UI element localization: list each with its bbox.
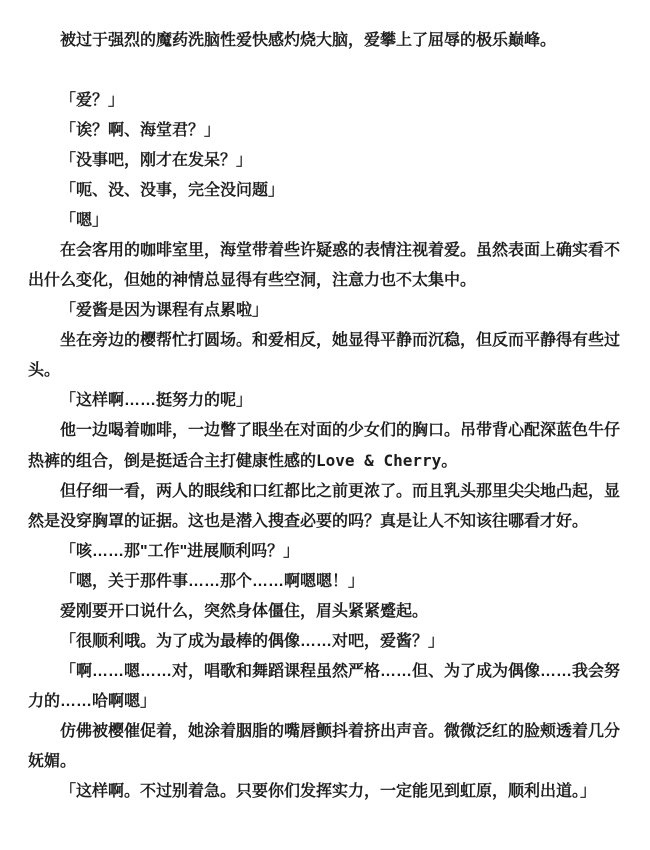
dialogue-paragraph: 「这样啊……挺努力的呢」 bbox=[28, 386, 620, 416]
narration-paragraph: 但仔细一看，两人的眼线和口红都比之前更浓了。而且乳头那里尖尖地凸起，显然是没穿胸… bbox=[28, 477, 620, 537]
dialogue-paragraph: 「嗯」 bbox=[28, 206, 620, 236]
narration-paragraph: 在会客用的咖啡室里，海堂带着些许疑惑的表情注视着爱。虽然表面上确实看不出什么变化… bbox=[28, 236, 620, 296]
novel-page: 被过于强烈的魔药洗脑性爱快感灼烧大脑，爱攀上了屈辱的极乐巅峰。 「爱？」「诶？啊… bbox=[0, 0, 650, 850]
narration-paragraph: 仿佛被樱催促着，她涂着胭脂的嘴唇颤抖着挤出声音。微微泛红的脸颊透着几分妩媚。 bbox=[28, 717, 620, 777]
latin-text: Love & Cherry bbox=[316, 451, 441, 470]
dialogue-paragraph: 「没事吧，刚才在发呆？」 bbox=[28, 146, 620, 176]
dialogue-paragraph: 「爱酱是因为课程有点累啦」 bbox=[28, 296, 620, 326]
dialogue-paragraph: 「诶？啊、海堂君？」 bbox=[28, 116, 620, 146]
narration-paragraph: 坐在旁边的樱帮忙打圆场。和爱相反，她显得平静而沉稳，但反而平静得有些过头。 bbox=[28, 326, 620, 386]
narration-paragraph: 爱刚要开口说什么，突然身体僵住，眉头紧紧蹙起。 bbox=[28, 597, 620, 627]
novel-text: 被过于强烈的魔药洗脑性爱快感灼烧大脑，爱攀上了屈辱的极乐巅峰。 「爱？」「诶？啊… bbox=[28, 26, 620, 807]
dialogue-paragraph: 「啊……嗯……对，唱歌和舞蹈课程虽然严格……但、为了成为偶像……我会努力的……哈… bbox=[28, 657, 620, 717]
dialogue-paragraph: 「很顺利哦。为了成为最棒的偶像……对吧，爱酱？」 bbox=[28, 627, 620, 657]
narration-paragraph: 被过于强烈的魔药洗脑性爱快感灼烧大脑，爱攀上了屈辱的极乐巅峰。 bbox=[28, 26, 620, 56]
narration-paragraph: 他一边喝着咖啡，一边瞥了眼坐在对面的少女们的胸口。吊带背心配深蓝色牛仔热裤的组合… bbox=[28, 416, 620, 477]
dialogue-paragraph: 「爱？」 bbox=[28, 86, 620, 116]
dialogue-paragraph: 「咳……那"工作"进展顺利吗？」 bbox=[28, 537, 620, 567]
dialogue-paragraph: 「呃、没、没事，完全没问题」 bbox=[28, 176, 620, 206]
dialogue-paragraph: 「嗯，关于那件事……那个……啊嗯嗯！」 bbox=[28, 567, 620, 597]
dialogue-paragraph: 「这样啊。不过别着急。只要你们发挥实力，一定能见到虹原，顺利出道。」 bbox=[28, 777, 620, 807]
blank-line bbox=[28, 56, 620, 86]
